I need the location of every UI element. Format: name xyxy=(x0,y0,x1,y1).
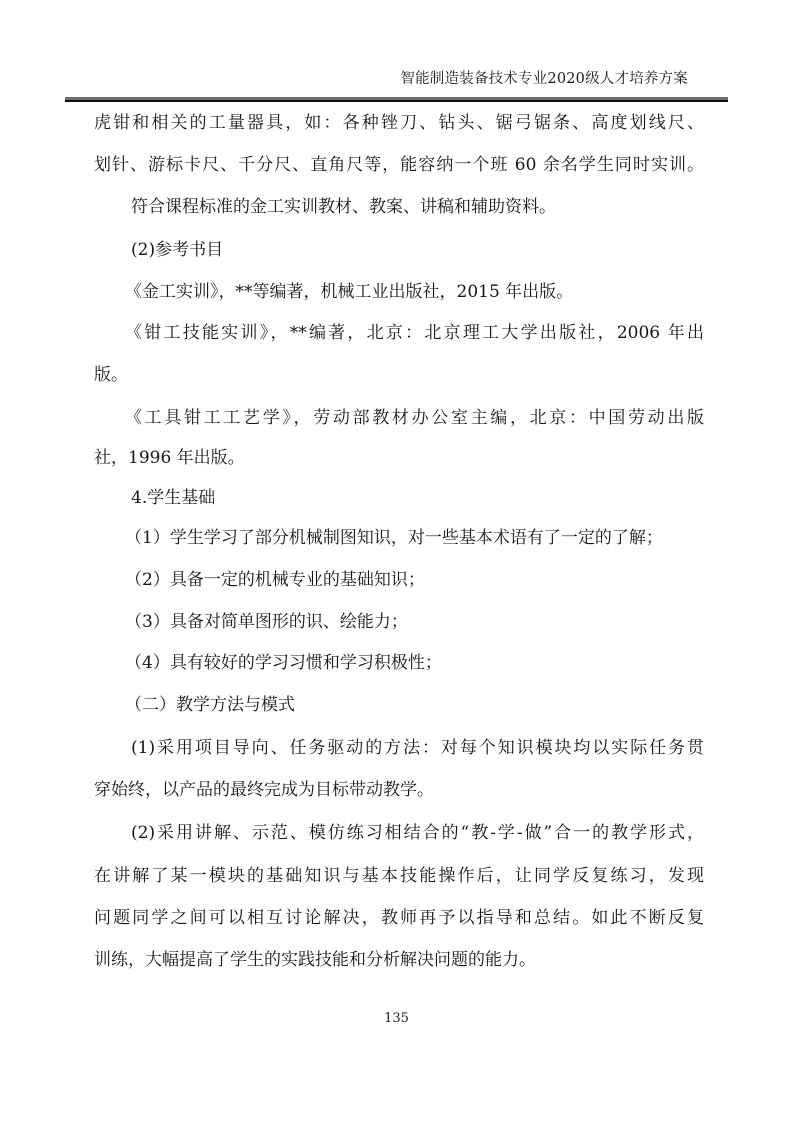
section-heading-teaching-methods: （二）教学方法与模式 xyxy=(125,693,704,717)
list-item: （3）具备对简单图形的识、绘能力； xyxy=(125,610,704,634)
paragraph-line: 在讲解了某一模块的基础知识与基本技能操作后，让同学反复练习，发现 xyxy=(94,864,704,888)
list-item: （2）具备一定的机械专业的基础知识； xyxy=(125,568,704,592)
running-header-title: 智能制造装备技术专业2020级人才培养方案 xyxy=(400,70,688,88)
paragraph-line: 问题同学之间可以相互讨论解决，教师再予以指导和总结。如此不断反复 xyxy=(94,906,704,930)
reference-item: 《钳工技能实训》，**编著，北京：北京理工大学出版社，2006 年出 xyxy=(125,321,704,345)
paragraph-line: 穿始终，以产品的最终完成为目标带动教学。 xyxy=(94,778,704,802)
reference-item: 《金工实训》，**等编著，机械工业出版社，2015 年出版。 xyxy=(125,280,704,304)
page-number: 135 xyxy=(0,1011,793,1027)
header-rule-thin xyxy=(65,100,728,102)
document-page: 智能制造装备技术专业2020级人才培养方案 虎钳和相关的工量器具，如：各种锉刀、… xyxy=(0,0,793,1122)
section-heading-student-basis: 4.学生基础 xyxy=(131,486,704,510)
reference-item: 《工具钳工工艺学》，劳动部教材办公室主编，北京：中国劳动出版 xyxy=(125,406,704,430)
paragraph-line: 虎钳和相关的工量器具，如：各种锉刀、钻头、锯弓锯条、高度划线尺、 xyxy=(94,111,704,135)
paragraph-line: 划针、游标卡尺、千分尺、直角尺等，能容纳一个班 60 余名学生同时实训。 xyxy=(94,153,704,177)
paragraph-line: (2)采用讲解、示范、模仿练习相结合的“教-学-做”合一的教学形式， xyxy=(131,821,704,845)
paragraph-line: 符合课程标准的金工实训教材、教案、讲稿和辅助资料。 xyxy=(131,195,704,219)
reference-item-continued: 版。 xyxy=(94,363,704,387)
list-item: （4）具有较好的学习习惯和学习积极性； xyxy=(125,651,704,675)
paragraph-line: (1)采用项目导向、任务驱动的方法：对每个知识模块均以实际任务贯 xyxy=(131,736,704,760)
list-item: （1）学生学习了部分机械制图知识，对一些基本术语有了一定的了解； xyxy=(125,526,704,550)
paragraph-line: 训练，大幅提高了学生的实践技能和分析解决问题的能力。 xyxy=(94,948,704,972)
reference-item-continued: 社，1996 年出版。 xyxy=(94,446,704,470)
section-heading-references: (2)参考书目 xyxy=(131,238,704,262)
